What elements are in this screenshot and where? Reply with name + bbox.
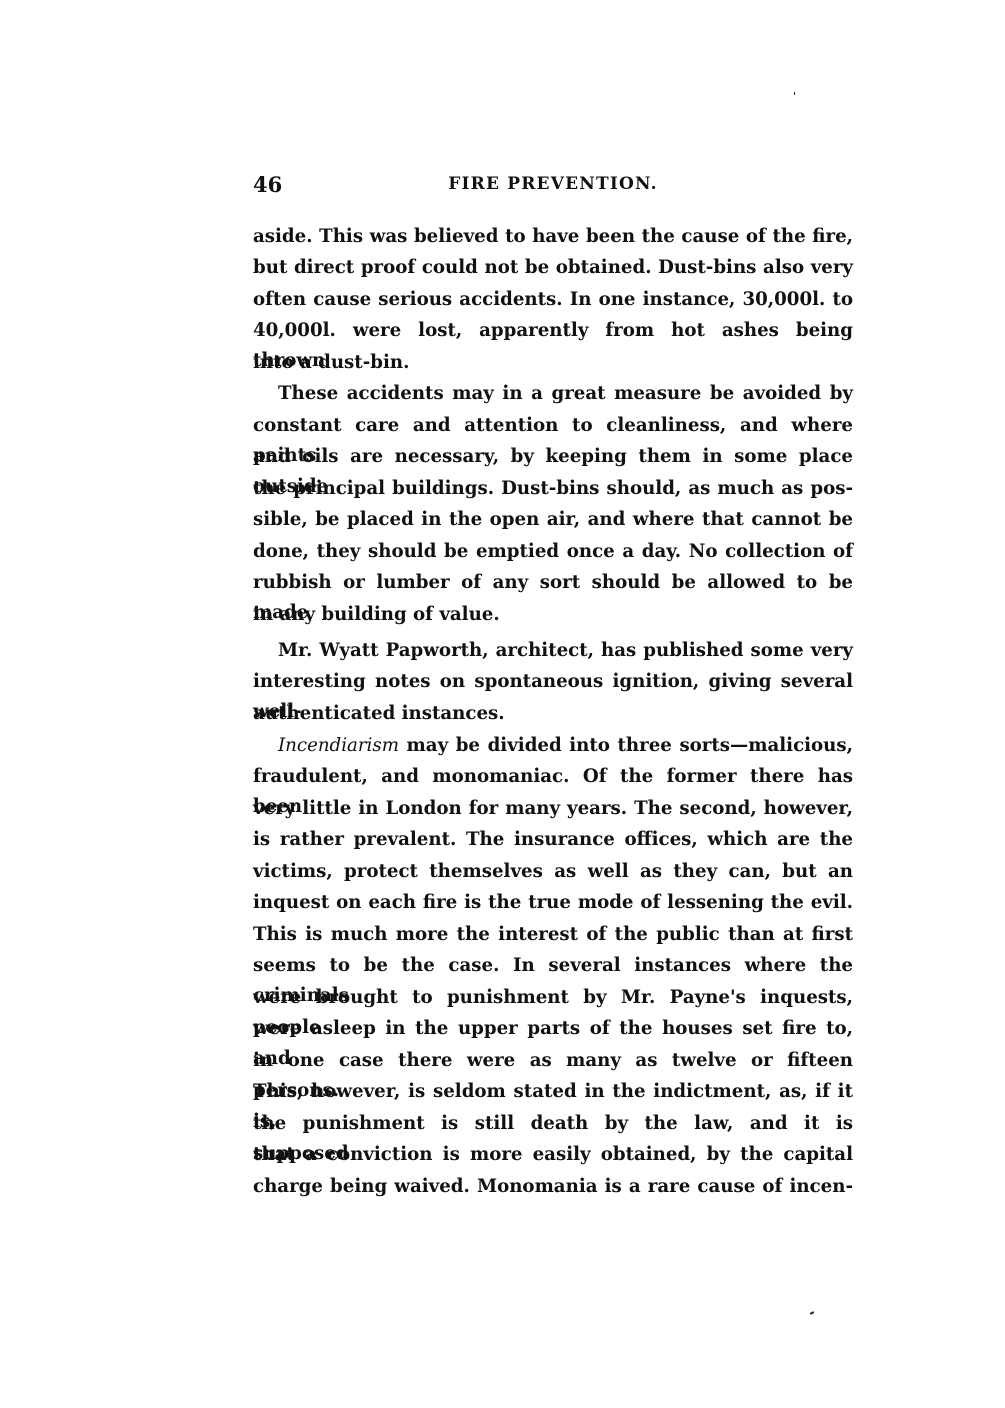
line-text: is rather prevalent. The insurance offic… <box>253 825 853 855</box>
text-line: into a dust-bin. <box>253 348 853 378</box>
line-text: often cause serious accidents. In one in… <box>253 285 853 315</box>
text-line: were asleep in the upper parts of the ho… <box>253 1014 853 1044</box>
line-text: aside. This was believed to have been th… <box>253 222 853 252</box>
line-text: in any building of value. <box>253 600 853 630</box>
line-text: the principal buildings. Dust-bins shoul… <box>253 474 853 504</box>
line-text: very little in London for many years. Th… <box>253 794 853 824</box>
line-text: into a dust-bin. <box>253 348 853 378</box>
line-text: but direct proof could not be obtained. … <box>253 253 853 283</box>
running-title: FIRE PREVENTION. <box>253 174 853 194</box>
text-line: authenticated instances. <box>253 699 853 729</box>
text-line: in one case there were as many as twelve… <box>253 1046 853 1076</box>
text-line: victims, protect themselves as well as t… <box>253 857 853 887</box>
text-line: Mr. Wyatt Papworth, architect, has publi… <box>278 636 853 666</box>
scan-speck-top <box>794 92 795 95</box>
text-line: is rather prevalent. The insurance offic… <box>253 825 853 855</box>
line-text: This is much more the interest of the pu… <box>253 920 853 950</box>
text-line: This, however, is seldom stated in the i… <box>253 1077 853 1107</box>
text-line: in any building of value. <box>253 600 853 630</box>
line-text: charge being waived. Monomania is a rare… <box>253 1172 853 1202</box>
line-text: These accidents may in a great measure b… <box>278 379 853 409</box>
text-line: constant care and attention to cleanline… <box>253 411 853 441</box>
line-text: inquest on each fire is the true mode of… <box>253 888 853 918</box>
text-line: and oils are necessary, by keeping them … <box>253 442 853 472</box>
text-line: These accidents may in a great measure b… <box>278 379 853 409</box>
text-line: charge being waived. Monomania is a rare… <box>253 1172 853 1202</box>
scan-speck-bottom <box>810 1311 814 1315</box>
page-header: 46 FIRE PREVENTION. <box>253 172 853 200</box>
text-line: the punishment is still death by the law… <box>253 1109 853 1139</box>
line-text: done, they should be emptied once a day.… <box>253 537 853 567</box>
text-line: seems to be the case. In several instanc… <box>253 951 853 981</box>
line-text: that a conviction is more easily obtaine… <box>253 1140 853 1170</box>
text-line: This is much more the interest of the pu… <box>253 920 853 950</box>
text-line: very little in London for many years. Th… <box>253 794 853 824</box>
text-line: but direct proof could not be obtained. … <box>253 253 853 283</box>
text-line: interesting notes on spontaneous ignitio… <box>253 667 853 697</box>
line-text: authenticated instances. <box>253 699 853 729</box>
text-line: aside. This was believed to have been th… <box>253 222 853 252</box>
text-line: done, they should be emptied once a day.… <box>253 537 853 567</box>
text-line: Incendiarism may be divided into three s… <box>278 731 853 761</box>
text-line: inquest on each fire is the true mode of… <box>253 888 853 918</box>
text-line: were brought to punishment by Mr. Payne'… <box>253 983 853 1013</box>
text-line: that a conviction is more easily obtaine… <box>253 1140 853 1170</box>
text-line: the principal buildings. Dust-bins shoul… <box>253 474 853 504</box>
line-text: victims, protect themselves as well as t… <box>253 857 853 887</box>
text-line: fraudulent, and monomaniac. Of the forme… <box>253 762 853 792</box>
text-line: 40,000l. were lost, apparently from hot … <box>253 316 853 346</box>
line-text: may be divided into three sorts—maliciou… <box>407 735 853 756</box>
book-page: 46 FIRE PREVENTION. aside. This was beli… <box>0 0 1005 1408</box>
italic-term: Incendiarism <box>278 735 399 756</box>
text-line: often cause serious accidents. In one in… <box>253 285 853 315</box>
text-line: rubbish or lumber of any sort should be … <box>253 568 853 598</box>
text-line: sible, be placed in the open air, and wh… <box>253 505 853 535</box>
line-text: Mr. Wyatt Papworth, architect, has publi… <box>278 636 853 666</box>
line-text: sible, be placed in the open air, and wh… <box>253 505 853 535</box>
